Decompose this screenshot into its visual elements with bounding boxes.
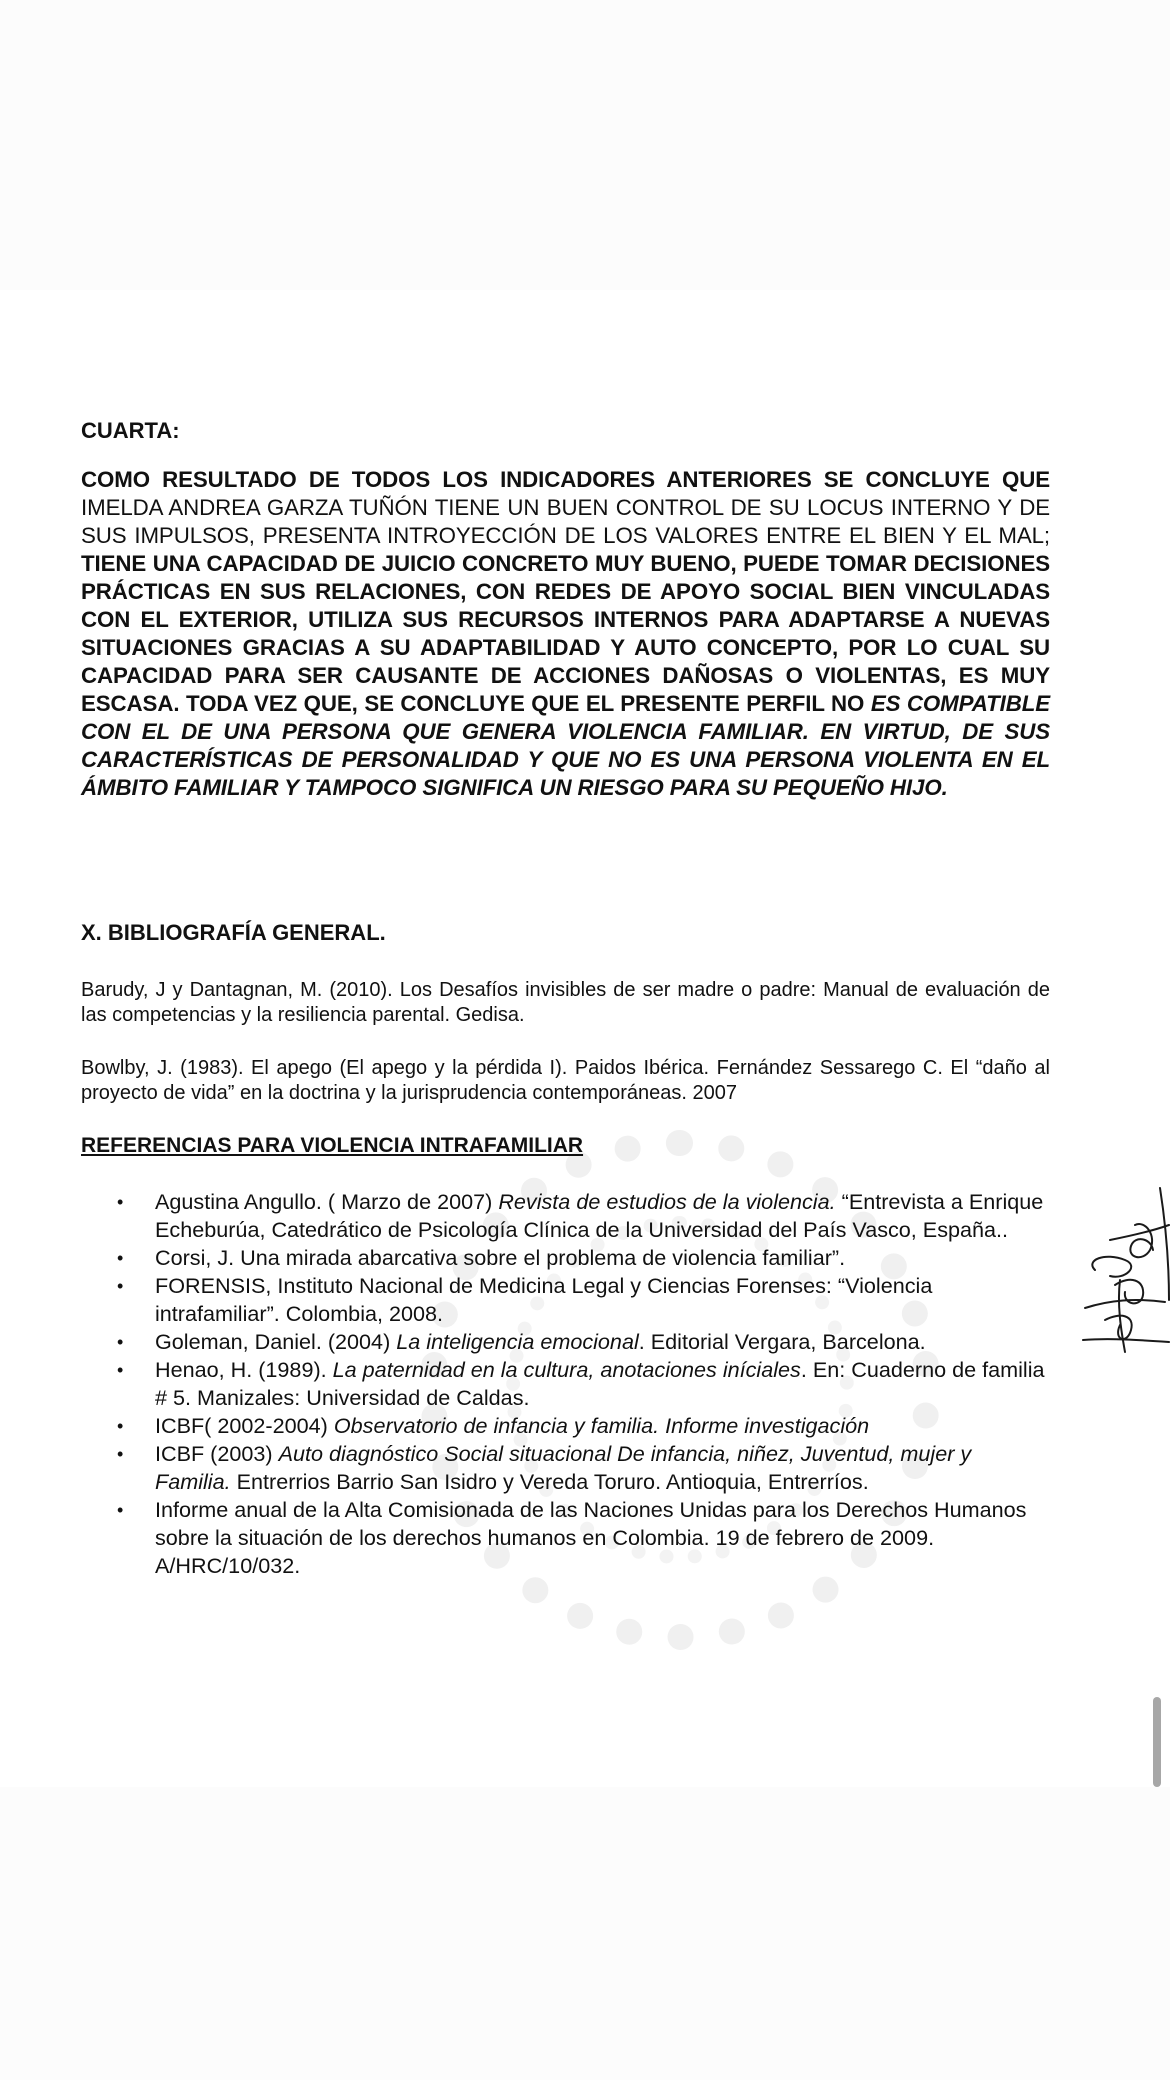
list-item: •Informe anual de la Alta Comisionada de…: [81, 1496, 1050, 1580]
scrollbar-thumb[interactable]: [1153, 1697, 1161, 1787]
conclusion-paragraph: COMO RESULTADO DE TODOS LOS INDICADORES …: [81, 466, 1050, 802]
bullet-icon: •: [117, 1328, 123, 1356]
bullet-icon: •: [117, 1188, 123, 1216]
bibliography-heading: X. BIBLIOGRAFÍA GENERAL.: [81, 920, 1050, 946]
bibliography-entry: Barudy, J y Dantagnan, M. (2010). Los De…: [81, 978, 1050, 1028]
bullet-icon: •: [117, 1272, 123, 1300]
list-item: •Corsi, J. Una mirada abarcativa sobre e…: [81, 1244, 1050, 1272]
bibliography-entry: Bowlby, J. (1983). El apego (El apego y …: [81, 1056, 1050, 1106]
section-label: CUARTA:: [81, 418, 1050, 444]
signature-icon: [1065, 1180, 1170, 1355]
references-list: •Agustina Angullo. ( Marzo de 2007) Revi…: [81, 1188, 1050, 1580]
bullet-icon: •: [117, 1412, 123, 1440]
bullet-icon: •: [117, 1496, 123, 1524]
conclusion-regular-run: IMELDA ANDREA GARZA TUÑÓN TIENE UN BUEN …: [81, 495, 1050, 548]
list-item: •Goleman, Daniel. (2004) La inteligencia…: [81, 1328, 1050, 1356]
document-page: CUARTA: COMO RESULTADO DE TODOS LOS INDI…: [0, 290, 1170, 1787]
list-item: •FORENSIS, Instituto Nacional de Medicin…: [81, 1272, 1050, 1328]
bullet-icon: •: [117, 1356, 123, 1384]
list-item: •ICBF (2003) Auto diagnóstico Social sit…: [81, 1440, 1050, 1496]
conclusion-bold-run: COMO RESULTADO DE TODOS LOS INDICADORES …: [81, 467, 1050, 492]
bullet-icon: •: [117, 1440, 123, 1468]
references-heading: REFERENCIAS PARA VIOLENCIA INTRAFAMILIAR: [81, 1133, 1050, 1159]
list-item: •Henao, H. (1989). La paternidad en la c…: [81, 1356, 1050, 1412]
list-item: •ICBF( 2002-2004) Observatorio de infanc…: [81, 1412, 1050, 1440]
list-item: •Agustina Angullo. ( Marzo de 2007) Revi…: [81, 1188, 1050, 1244]
bullet-icon: •: [117, 1244, 123, 1272]
